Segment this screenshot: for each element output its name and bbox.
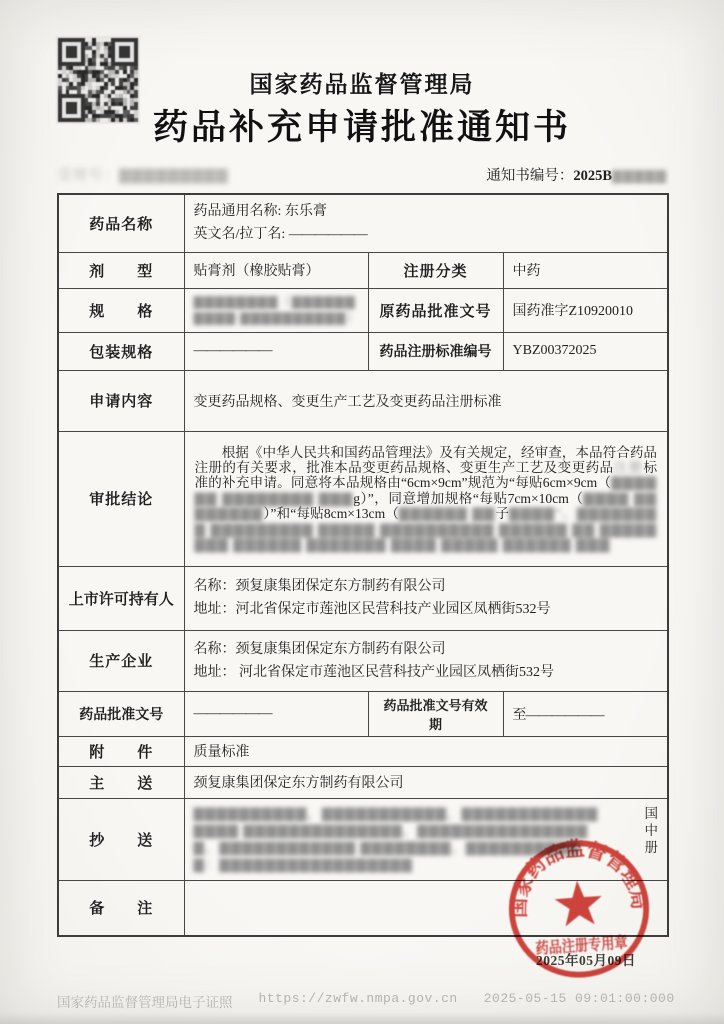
cc-redacted: ▇▇▇▇▇▇▇▇▇▇，▇▇▇▇▇▇▇▇▇▇▇，▇▇▇▇▇▇▇▇▇▇▇▇ <box>194 805 599 822</box>
cc-line: ▇，▇▇▇▇▇▇▇▇▇▇▇▇ ▇▇▇▇▇▇▇▇，▇▇▇▇▇▇▇▇▇▇册 <box>194 839 659 856</box>
cc-redacted: ▇▇▇▇ ▇▇▇▇▇▇▇▇▇▇▇▇▇▇，▇▇▇▇▇▇▇▇▇▇▇▇▇▇▇ <box>194 822 588 839</box>
approval-no-value: —————— <box>184 691 368 736</box>
dosage-label: 剂 型 <box>58 252 184 288</box>
row-drug-name: 药品名称 药品通用名称: 东乐膏 英文名/拉丁名: —————— <box>58 194 668 252</box>
holder-label: 上市许可持有人 <box>58 566 184 630</box>
holder-address: 地址：河北省保定市莲池区民营科技产业园区凤栖街532号 <box>194 598 659 621</box>
attachment-label: 附 件 <box>58 736 184 766</box>
row-attachment: 附 件 质量标准 <box>58 736 668 766</box>
row-approval-no: 药品批准文号 —————— 药品批准文号有效期 至—————— <box>58 691 668 736</box>
remarks-label: 备 注 <box>58 880 184 936</box>
meta-row: 受理号：▇▇▇▇▇▇▇▇▇ 通知书编号：2025B▇▇▇▇▇ <box>57 164 667 185</box>
cc-tail: 中 <box>645 822 659 839</box>
reg-class-label: 注册分类 <box>368 252 503 288</box>
validity-value: 至—————— <box>503 691 668 736</box>
seal-date: 2025年05月09日 <box>510 949 662 969</box>
main-send-label: 主 送 <box>58 766 184 798</box>
row-main-send: 主 送 颈复康集团保定东方制药有限公司 <box>58 766 668 798</box>
photo-bottom-edge <box>0 1012 724 1024</box>
cc-line: ▇：▇▇▇▇▇▇▇▇▇▇▇▇▇▇▇▇▇ <box>194 856 659 873</box>
cc-tail: 册 <box>645 839 659 856</box>
cc-tail: 国 <box>645 805 659 822</box>
spec-label: 规 格 <box>58 288 184 332</box>
drug-name-cell: 药品通用名称: 东乐膏 英文名/拉丁名: —————— <box>184 194 668 252</box>
application-label: 申请内容 <box>58 370 184 431</box>
row-dosage: 剂 型 贴膏剂（橡胶贴膏） 注册分类 中药 <box>58 252 668 288</box>
cc-redacted: ▇：▇▇▇▇▇▇▇▇▇▇▇▇▇▇▇▇▇ <box>194 856 413 873</box>
orig-approval-no-label: 原药品批准文号 <box>368 288 503 332</box>
spec-redacted-2: ▇▇▇▇ ▇▇▇▇▇▇▇▇▇▇） <box>194 311 360 325</box>
notice-number-label: 通知书编号： <box>486 168 573 184</box>
row-holder: 上市许可持有人 名称：颈复康集团保定东方制药有限公司 地址：河北省保定市莲池区民… <box>58 566 668 630</box>
notice-number-redacted: ▇▇▇▇▇ <box>612 168 667 183</box>
holder-name: 名称：颈复康集团保定东方制药有限公司 <box>194 575 659 598</box>
packing-value: —————— <box>184 332 368 370</box>
cc-line: ▇▇▇▇ ▇▇▇▇▇▇▇▇▇▇▇▇▇▇，▇▇▇▇▇▇▇▇▇▇▇▇▇▇▇中 <box>194 822 659 839</box>
dosage-value: 贴膏剂（橡胶贴膏） <box>184 252 368 288</box>
conclusion-cell: 根据《中华人民共和国药品管理法》及有关规定，经审查，本品符合药品注册的有关要求，… <box>184 431 668 566</box>
notice-number-value: 2025B <box>573 168 612 184</box>
generic-name-line: 药品通用名称: 东乐膏 <box>194 200 659 223</box>
manufacturer-address: 地址： 河北省保定市莲池区民营科技产业园区凤栖街532号 <box>194 661 659 684</box>
manufacturer-name: 名称：颈复康集团保定东方制药有限公司 <box>194 638 659 661</box>
notice-number: 通知书编号：2025B▇▇▇▇▇ <box>486 164 667 185</box>
row-packing: 包装规格 —————— 药品注册标准编号 YBZ00372025 <box>58 332 668 370</box>
row-spec: 规 格 ▇▇▇▇▇▇▇▇（▇▇▇▇▇▇ ▇▇▇▇ ▇▇▇▇▇▇▇▇▇▇） 原药品… <box>58 288 668 332</box>
approval-table: 药品名称 药品通用名称: 东乐膏 英文名/拉丁名: —————— 剂 型 贴膏剂… <box>57 193 669 937</box>
document-title: 药品补充申请批准通知书 <box>0 100 724 150</box>
holder-cell: 名称：颈复康集团保定东方制药有限公司 地址：河北省保定市莲池区民营科技产业园区凤… <box>184 566 668 630</box>
manufacturer-label: 生产企业 <box>58 630 184 691</box>
footer-timestamp: 2025-05-15 09:01:00:000 <box>484 991 675 1011</box>
main-send-value: 颈复康集团保定东方制药有限公司 <box>184 766 668 798</box>
row-application: 申请内容 变更药品规格、变更生产工艺及变更药品注册标准 <box>58 370 668 431</box>
acceptance-number: 受理号：▇▇▇▇▇▇▇▇▇ <box>57 164 228 185</box>
row-remarks: 备 注 <box>58 880 668 936</box>
cc-redacted: ▇，▇▇▇▇▇▇▇▇▇▇▇▇ ▇▇▇▇▇▇▇▇，▇▇▇▇▇▇▇▇▇▇ <box>194 839 580 856</box>
conclusion-label: 审批结论 <box>58 431 184 566</box>
orig-approval-no-value: 国药准字Z10920010 <box>503 288 668 332</box>
drug-name-label: 药品名称 <box>58 194 184 252</box>
spec-value: ▇▇▇▇▇▇▇▇（▇▇▇▇▇▇ ▇▇▇▇ ▇▇▇▇▇▇▇▇▇▇） <box>184 288 368 332</box>
spec-redacted-1: ▇▇▇▇▇▇▇▇（▇▇▇▇▇▇ <box>194 295 356 309</box>
attachment-value: 质量标准 <box>184 736 668 766</box>
row-conclusion: 审批结论 根据《中华人民共和国药品管理法》及有关规定，经审查，本品符合药品注册的… <box>58 431 668 566</box>
page-footer: 国家药品监督管理局电子证照 https://zwfw.nmpa.gov.cn 2… <box>57 991 677 1011</box>
agency-name: 国家药品监督管理局 <box>0 66 724 99</box>
std-no-value: YBZ00372025 <box>503 332 668 370</box>
english-name-label: 英文名/拉丁名: <box>194 227 289 242</box>
packing-label: 包装规格 <box>58 332 184 370</box>
row-manufacturer: 生产企业 名称：颈复康集团保定东方制药有限公司 地址： 河北省保定市莲池区民营科… <box>58 630 668 691</box>
row-cc: 抄 送 ▇▇▇▇▇▇▇▇▇▇，▇▇▇▇▇▇▇▇▇▇▇，▇▇▇▇▇▇▇▇▇▇▇▇国… <box>58 798 668 880</box>
application-value: 变更药品规格、变更生产工艺及变更药品注册标准 <box>184 370 668 431</box>
reg-class-value: 中药 <box>503 252 668 288</box>
conclusion-text: 根据《中华人民共和国药品管理法》及有关规定，经审查，本品符合药品注册的有关要求，… <box>194 443 659 555</box>
manufacturer-cell: 名称：颈复康集团保定东方制药有限公司 地址： 河北省保定市莲池区民营科技产业园区… <box>184 630 668 691</box>
remarks-value <box>184 880 668 936</box>
english-name-value: —————— <box>289 227 367 242</box>
cc-line: ▇▇▇▇▇▇▇▇▇▇，▇▇▇▇▇▇▇▇▇▇▇，▇▇▇▇▇▇▇▇▇▇▇▇国 <box>194 805 659 822</box>
footer-url: https://zwfw.nmpa.gov.cn <box>259 991 458 1011</box>
document-page: 国家药品监督管理局 药品补充申请批准通知书 受理号：▇▇▇▇▇▇▇▇▇ 通知书编… <box>0 0 724 1024</box>
approval-no-label: 药品批准文号 <box>58 691 184 736</box>
cc-cell: ▇▇▇▇▇▇▇▇▇▇，▇▇▇▇▇▇▇▇▇▇▇，▇▇▇▇▇▇▇▇▇▇▇▇国 ▇▇▇… <box>184 798 668 880</box>
std-no-label: 药品注册标准编号 <box>368 332 503 370</box>
english-name-line: 英文名/拉丁名: —————— <box>194 223 659 246</box>
cc-label: 抄 送 <box>58 798 184 880</box>
validity-label: 药品批准文号有效期 <box>368 691 503 736</box>
footer-issuer: 国家药品监督管理局电子证照 <box>57 991 233 1011</box>
